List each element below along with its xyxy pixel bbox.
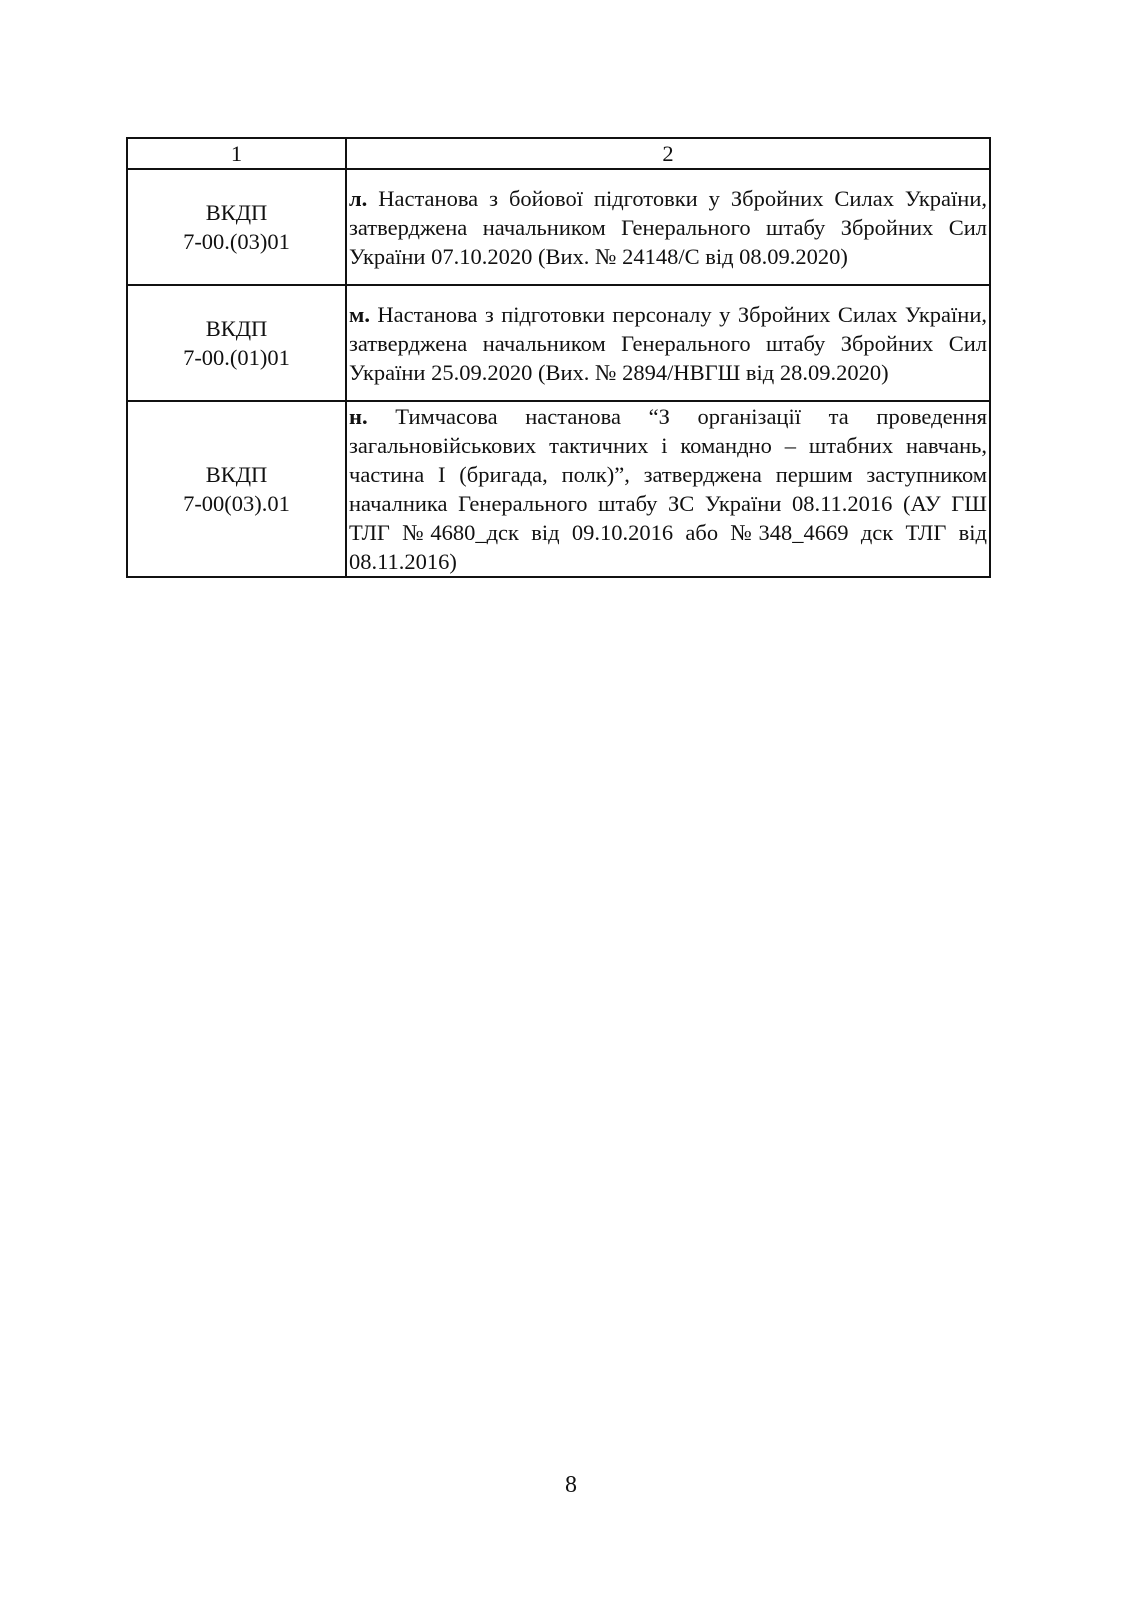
code-line-1: ВКДП [130, 198, 343, 227]
item-label: м. [349, 302, 370, 327]
page-number: 8 [0, 1472, 1142, 1499]
item-label: н. [349, 404, 368, 429]
code-line-1: ВКДП [130, 460, 343, 489]
table-row: ВКДП 7-00(03).01 н. Тимчасова настанова … [127, 401, 990, 577]
document-code: ВКДП 7-00.(01)01 [127, 285, 346, 401]
code-line-1: ВКДП [130, 314, 343, 343]
code-line-2: 7-00(03).01 [130, 489, 343, 518]
code-line-2: 7-00.(01)01 [130, 343, 343, 372]
item-text: Настанова з бойової підготовки у Збройни… [349, 186, 987, 269]
table-row: ВКДП 7-00.(03)01 л. Настанова з бойової … [127, 169, 990, 285]
table-header-row: 1 2 [127, 138, 990, 169]
document-description: л. Настанова з бойової підготовки у Збро… [346, 169, 990, 285]
item-label: л. [349, 186, 367, 211]
document-code: ВКДП 7-00.(03)01 [127, 169, 346, 285]
document-description: н. Тимчасова настанова “З організації та… [346, 401, 990, 577]
references-table: 1 2 ВКДП 7-00.(03)01 л. Настанова з бойо… [126, 137, 991, 578]
column-header-1: 1 [127, 138, 346, 169]
column-header-2: 2 [346, 138, 990, 169]
document-code: ВКДП 7-00(03).01 [127, 401, 346, 577]
document-description: м. Настанова з підготовки персоналу у Зб… [346, 285, 990, 401]
table-row: ВКДП 7-00.(01)01 м. Настанова з підготов… [127, 285, 990, 401]
item-text: Настанова з підготовки персоналу у Зброй… [349, 302, 987, 385]
item-text: Тимчасова настанова “З організації та пр… [349, 404, 987, 574]
code-line-2: 7-00.(03)01 [130, 227, 343, 256]
